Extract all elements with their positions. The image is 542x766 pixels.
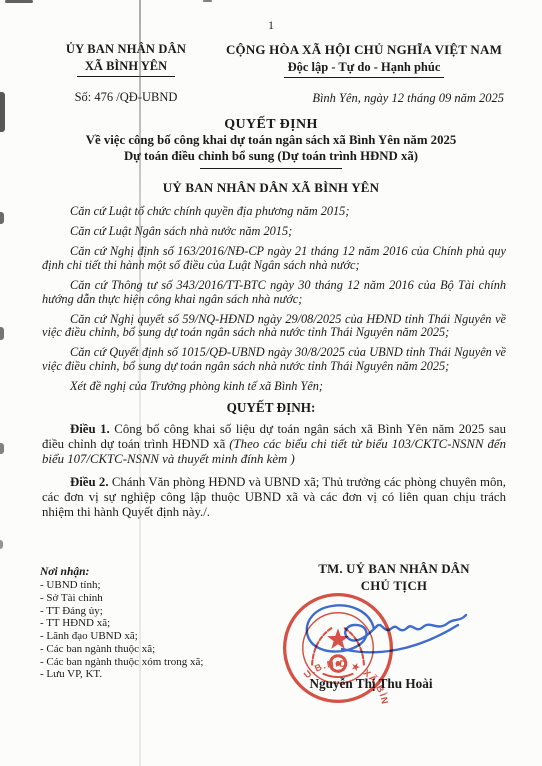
document-header: ỦY BAN NHÂN DÂN XÃ BÌNH YÊN Số: 476 /QĐ-… (0, 32, 542, 106)
recipients-block: Nơi nhận: - UBND tỉnh; - Sở Tài chính - … (40, 566, 275, 681)
place-and-date: Bình Yên, ngày 12 tháng 09 năm 2025 (216, 91, 512, 106)
title-block: QUYẾT ĐỊNH Về việc công bố công khai dự … (0, 117, 542, 196)
article-1: Điều 1. Công bố công khai số liệu dự toá… (42, 422, 506, 467)
recital-7: Xét đề nghị của Trưởng phòng kinh tế xã … (42, 380, 506, 394)
recital-5: Căn cứ Nghị quyết số 59/NQ-HĐND ngày 29/… (42, 313, 506, 341)
scan-artifact (0, 212, 4, 224)
scan-artifact (0, 540, 3, 549)
articles-section: Điều 1. Công bố công khai số liệu dự toá… (0, 422, 542, 520)
document-page: 1 ỦY BAN NHÂN DÂN XÃ BÌNH YÊN Số: 476 /Q… (0, 0, 542, 766)
recipient-item: - Sở Tài chính (40, 592, 275, 605)
decision-heading: QUYẾT ĐỊNH (40, 117, 502, 133)
signature-authority: TM. UỶ BAN NHÂN DÂN (283, 562, 505, 577)
recital-6: Căn cứ Quyết định số 1015/QĐ-UBND ngày 3… (42, 346, 506, 374)
recital-3: Căn cứ Nghị định số 163/2016/NĐ-CP ngày … (42, 245, 506, 273)
recipient-item: - Lưu VP, KT. (40, 668, 275, 681)
decision-subject-line2: Dự toán điều chỉnh bổ sung (Dự toán trìn… (40, 149, 502, 165)
recital-1: Căn cứ Luật tổ chức chính quyền địa phươ… (42, 205, 506, 219)
issuing-org-block: ỦY BAN NHÂN DÂN XÃ BÌNH YÊN Số: 476 /QĐ-… (42, 42, 210, 106)
article-1-label: Điều 1. (70, 422, 110, 436)
signature-scrawl (284, 597, 476, 675)
decision-word: QUYẾT ĐỊNH: (0, 400, 542, 416)
recipient-item: - Các ban ngành thuộc xã; (40, 643, 275, 656)
issuer-name: UỶ BAN NHÂN DÂN XÃ BÌNH YÊN (40, 180, 502, 196)
recipients-label: Nơi nhận: (40, 566, 275, 578)
recitals-section: Căn cứ Luật tổ chức chính quyền địa phươ… (0, 205, 542, 394)
signer-name: Nguyễn Thị Thu Hoài (262, 676, 480, 692)
scan-artifact (5, 0, 33, 3)
recipient-item: - Các ban ngành thuộc xóm trong xã; (40, 656, 275, 669)
article-2: Điều 2. Chánh Văn phòng HĐND và UBND xã;… (42, 475, 506, 520)
recipient-item: - Lãnh đạo UBND xã; (40, 630, 275, 643)
recital-2: Căn cứ Luật Ngân sách nhà nước năm 2015; (42, 225, 506, 239)
scan-artifact (0, 327, 4, 340)
issuing-org-unit: XÃ BÌNH YÊN (77, 58, 175, 77)
scan-artifact (0, 443, 4, 454)
signature-block: TM. UỶ BAN NHÂN DÂN CHỦ TỊCH (283, 562, 505, 594)
article-2-text: Chánh Văn phòng HĐND và UBND xã; Thủ trư… (42, 475, 506, 519)
article-2-label: Điều 2. (70, 475, 109, 489)
recipient-item: - TT HĐND xã; (40, 617, 275, 630)
recipient-item: - UBND tỉnh; (40, 579, 275, 592)
page-number: 1 (0, 0, 542, 32)
scan-artifact (203, 0, 212, 2)
national-motto-line1: CỘNG HÒA XÃ HỘI CHỦ NGHĨA VIỆT NAM (216, 42, 512, 58)
scan-artifact (0, 92, 5, 132)
national-motto-line2: Độc lập - Tự do - Hạnh phúc (284, 59, 445, 78)
decision-subject-line1: Về việc công bố công khai dự toán ngân s… (40, 133, 502, 149)
issuing-org-name: ỦY BAN NHÂN DÂN (42, 42, 210, 57)
document-number: Số: 476 /QĐ-UBND (42, 90, 210, 105)
recipient-item: - TT Đảng ủy; (40, 605, 275, 618)
title-underline (200, 168, 342, 169)
recital-4: Căn cứ Thông tư số 343/2016/TT-BTC ngày … (42, 279, 506, 307)
national-header-block: CỘNG HÒA XÃ HỘI CHỦ NGHĨA VIỆT NAM Độc l… (210, 42, 512, 106)
